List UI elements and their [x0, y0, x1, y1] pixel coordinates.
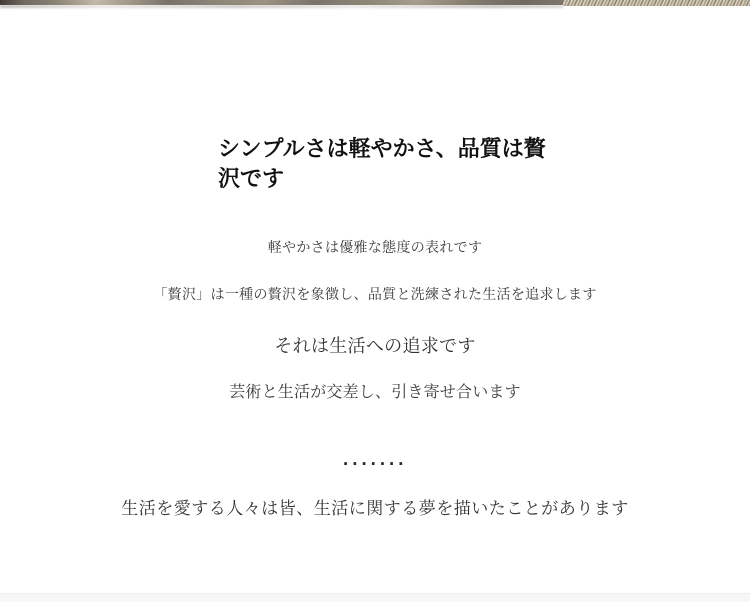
tagline-heading: シンプルさは軽やかさ、品質は贅沢です — [218, 135, 558, 195]
body-line-pursuit: それは生活への追求です — [0, 334, 750, 360]
product-description-page: シンプルさは軽やかさ、品質は贅沢です 軽やかさは優雅な態度の表れです 「贅沢」は… — [0, 0, 750, 602]
top-fabric-hatch-texture — [563, 0, 750, 6]
bottom-edge-bar — [0, 593, 750, 602]
top-photo-edge-shadow — [0, 5, 563, 8]
body-line-art-life: 芸術と生活が交差し、引き寄せ合います — [0, 381, 750, 403]
body-line-luxury: 「贅沢」は一種の贅沢を象徴し、品質と洗練された生活を追求します — [0, 285, 750, 305]
dots-divider: ······· — [0, 454, 750, 474]
body-line-lightness: 軽やかさは優雅な態度の表れです — [0, 238, 750, 258]
closing-line-dream: 生活を愛する人々は皆、生活に関する夢を描いたことがあります — [0, 496, 750, 522]
